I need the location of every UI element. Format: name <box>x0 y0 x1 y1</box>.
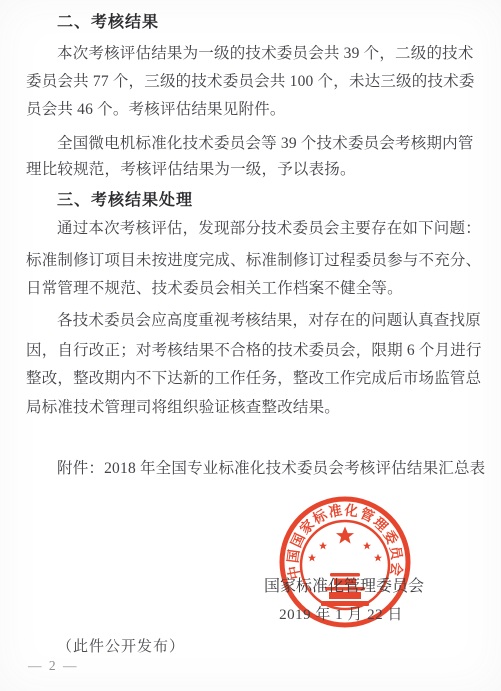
signature-org: 国家标准化管理委员会 <box>244 576 444 598</box>
body-text-line: 全国微电机标准化技术委员会等 39 个技术委员会考核期内管 <box>26 133 501 155</box>
seal-arc-text: 中国国家标准化管理委员会 <box>285 501 406 580</box>
body-text-line: 委员会共 77 个，三级的技术委员会共 100 个，未达三级的技术委 <box>26 71 478 93</box>
body-text-line: 各技术委员会应高度重视考核结果，对存在的问题认真查找原 <box>26 310 501 332</box>
body-text-line: 因，自行改正；对考核结果不合格的技术委员会，限期 6 个月进行 <box>26 340 478 362</box>
body-text-line: 通过本次考核评估，发现部分技术委员会主要存在如下问题： <box>26 218 501 240</box>
body-text-line: 本次考核评估结果为一级的技术委员会共 39 个，二级的技术 <box>26 43 501 65</box>
body-text-line: 标准制修订项目未按进度完成、标准制修订过程委员参与不充分、 <box>26 250 478 272</box>
section-heading-handling: 三、考核结果处理 <box>26 190 501 212</box>
body-text-line: 局标准技术管理司将组织验证核查整改结果。 <box>26 397 478 419</box>
page-number: — 2 — <box>28 657 79 675</box>
section-heading-results: 二、考核结果 <box>26 12 501 34</box>
public-release-note: （此件公开发布） <box>57 636 185 658</box>
body-text-line: 整改，整改期内不下达新的工作任务，整改工作完成后市场监管总 <box>26 368 478 390</box>
attachment-line: 附件：2018 年全国专业标准化技术委员会考核评估结果汇总表 <box>26 458 501 480</box>
signature-date: 2019 年 1 月 22 日 <box>241 604 441 626</box>
body-text-line: 理比较规范，考核评估结果为一级，予以表扬。 <box>26 159 478 181</box>
body-text-line: 员会共 46 个。考核评估结果见附件。 <box>26 99 478 121</box>
document-page: 二、考核结果 本次考核评估结果为一级的技术委员会共 39 个，二级的技术 委员会… <box>0 0 501 691</box>
body-text-line: 日常管理不规范、技术委员会相关工作档案不健全等。 <box>26 278 478 300</box>
